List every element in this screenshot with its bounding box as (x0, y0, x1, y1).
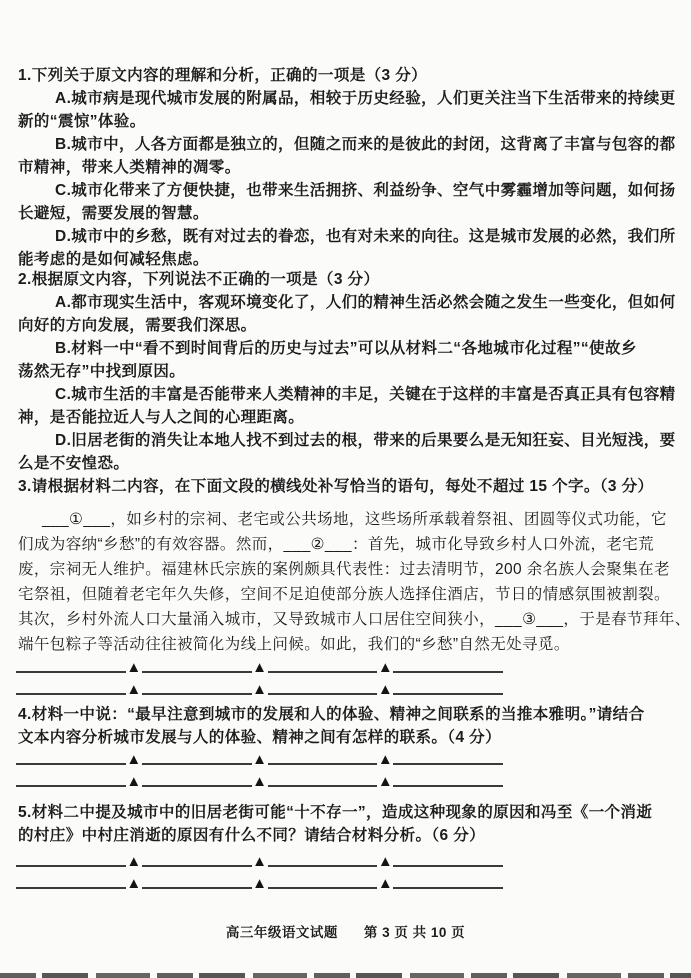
question-text-line: 4.材料一中说：“最早注意到城市的发展和人的体验、精神之间联系的当推本雅明。”请… (0, 703, 691, 726)
answer-line-row: ▲▲▲ (16, 743, 503, 765)
triangle-marker-icon: ▲ (377, 878, 393, 890)
answer-blank-line (268, 863, 378, 867)
answer-blank-line (393, 669, 503, 673)
page-footer: 高三年级语文试题 第 3 页 共 10 页 (0, 922, 691, 944)
answer-blank-line (142, 783, 252, 787)
answer-blank-line (268, 761, 378, 765)
question-text-line: 的村庄》中村庄消逝的原因有什么不同？请结合材料分析。（6 分） (0, 824, 691, 847)
answer-blank-line (142, 885, 252, 889)
triangle-marker-icon: ▲ (126, 856, 142, 868)
answer-blank-line (393, 863, 503, 867)
answer-line-row: ▲▲▲ (16, 673, 503, 695)
answer-blank-line (393, 783, 503, 787)
triangle-marker-icon: ▲ (126, 754, 142, 766)
exam-paper-page: 1.下列关于原文内容的理解和分析，正确的一项是（3 分）A.城市病是现代城市发展… (0, 0, 691, 978)
answer-blank-line (393, 885, 503, 889)
answer-blank-line (16, 783, 126, 787)
question-5: 5.材料二中提及城市中的旧居老街可能“十不存一”，造成这种现象的原因和冯至《一个… (0, 801, 691, 847)
triangle-marker-icon: ▲ (252, 754, 268, 766)
question-text-line: A.都市现实生活中，客观环境变化了，人们的精神生活必然会随之发生一些变化，但如何 (0, 291, 691, 314)
question-text-line: 向好的方向发展，需要我们深思。 (0, 314, 691, 337)
answer-blank-line (16, 669, 126, 673)
question-text-line: B.城市中，人各方面都是独立的，但随之而来的是彼此的封闭，这背离了丰富与包容的都 (0, 133, 691, 156)
question-text-line: 2.根据原文内容，下列说法不正确的一项是（3 分） (0, 268, 691, 291)
answer-line-row: ▲▲▲ (16, 845, 503, 867)
answer-blank-line (393, 691, 503, 695)
answer-blank-line (16, 691, 126, 695)
question-3-passage: ___①___，如乡村的宗祠、老宅或公共场地，这些场所承载着祭祖、团圆等仪式功能… (0, 507, 691, 657)
question-text-line: C.城市化带来了方便快捷，也带来生活拥挤、利益纷争、空气中雾霾增加等问题，如何扬 (0, 179, 691, 202)
answer-blank-line (268, 669, 378, 673)
answer-line-row: ▲▲▲ (16, 651, 503, 673)
answer-blank-line (142, 691, 252, 695)
answer-blank-line (16, 863, 126, 867)
answer-line-row: ▲▲▲ (16, 765, 503, 787)
triangle-marker-icon: ▲ (252, 776, 268, 788)
scan-edge-artifact (0, 973, 691, 978)
question-text-line: 么是不安惶恐。 (0, 452, 691, 475)
triangle-marker-icon: ▲ (126, 662, 142, 674)
answer-line-row: ▲▲▲ (16, 867, 503, 889)
triangle-marker-icon: ▲ (252, 878, 268, 890)
answer-blank-line (16, 761, 126, 765)
triangle-marker-icon: ▲ (126, 776, 142, 788)
triangle-marker-icon: ▲ (126, 684, 142, 696)
answer-lines-q3: ▲▲▲▲▲▲ (16, 651, 503, 695)
question-text-line: 3.请根据材料二内容，在下面文段的横线处补写恰当的语句，每处不超过 15 个字。… (0, 475, 691, 498)
passage-text-line: 其次，乡村外流人口大量涌入城市，又导致城市人口居住空间狭小，___③___，于是… (0, 607, 691, 632)
answer-blank-line (268, 885, 378, 889)
question-text-line: 新的“震惊”体验。 (0, 110, 691, 133)
triangle-marker-icon: ▲ (252, 684, 268, 696)
question-text-line: D.旧居老街的消失让本地人找不到过去的根，带来的后果要么是无知狂妄、目光短浅，要 (0, 429, 691, 452)
answer-blank-line (268, 783, 378, 787)
question-2: 2.根据原文内容，下列说法不正确的一项是（3 分）A.都市现实生活中，客观环境变… (0, 268, 691, 475)
answer-lines-q4: ▲▲▲▲▲▲ (16, 743, 503, 787)
answer-blank-line (268, 691, 378, 695)
answer-blank-line (16, 885, 126, 889)
question-text-line: 市精神，带来人类精神的凋零。 (0, 156, 691, 179)
passage-text-line: 们成为容纳“乡愁”的有效容器。然而，___②___：首先，城市化导致乡村人口外流… (0, 532, 691, 557)
question-1: 1.下列关于原文内容的理解和分析，正确的一项是（3 分）A.城市病是现代城市发展… (0, 64, 691, 271)
question-text-line: D.城市中的乡愁，既有对过去的眷恋，也有对未来的向往。这是城市发展的必然，我们所 (0, 225, 691, 248)
triangle-marker-icon: ▲ (252, 856, 268, 868)
question-text-line: A.城市病是现代城市发展的附属品，相较于历史经验，人们更关注当下生活带来的持续更 (0, 87, 691, 110)
question-text-line: C.城市生活的丰富是否能带来人类精神的丰足，关键在于这样的丰富是否真正具有包容精 (0, 383, 691, 406)
triangle-marker-icon: ▲ (126, 878, 142, 890)
footer-page-indicator: 第 3 页 共 10 页 (364, 922, 465, 944)
question-text-line: B.材料一中“看不到时间背后的历史与过去”可以从材料二“各地城市化过程”“使故乡 (0, 337, 691, 360)
triangle-marker-icon: ▲ (377, 662, 393, 674)
triangle-marker-icon: ▲ (377, 776, 393, 788)
footer-exam-title: 高三年级语文试题 (226, 922, 338, 944)
passage-text-line: ___①___，如乡村的宗祠、老宅或公共场地，这些场所承载着祭祖、团圆等仪式功能… (0, 507, 691, 532)
answer-blank-line (142, 863, 252, 867)
passage-text-line: 废，宗祠无人维护。福建林氏宗族的案例颇具代表性：过去清明节，200 余名族人会聚… (0, 557, 691, 582)
triangle-marker-icon: ▲ (377, 754, 393, 766)
question-text-line: 荡然无存”中找到原因。 (0, 360, 691, 383)
answer-lines-q5: ▲▲▲▲▲▲ (16, 845, 503, 889)
question-3-prompt: 3.请根据材料二内容，在下面文段的横线处补写恰当的语句，每处不超过 15 个字。… (0, 475, 691, 498)
answer-blank-line (142, 761, 252, 765)
question-text-line: 1.下列关于原文内容的理解和分析，正确的一项是（3 分） (0, 64, 691, 87)
passage-text-line: 宅祭祖，但随着老宅年久失修，空间不足迫使部分族人选择住酒店，节日的情感氛围被割裂… (0, 582, 691, 607)
triangle-marker-icon: ▲ (377, 684, 393, 696)
triangle-marker-icon: ▲ (377, 856, 393, 868)
triangle-marker-icon: ▲ (252, 662, 268, 674)
question-text-line: 5.材料二中提及城市中的旧居老街可能“十不存一”，造成这种现象的原因和冯至《一个… (0, 801, 691, 824)
question-text-line: 长避短，需要发展的智慧。 (0, 202, 691, 225)
answer-blank-line (393, 761, 503, 765)
answer-blank-line (142, 669, 252, 673)
question-text-line: 神，是否能拉近人与人之间的心理距离。 (0, 406, 691, 429)
